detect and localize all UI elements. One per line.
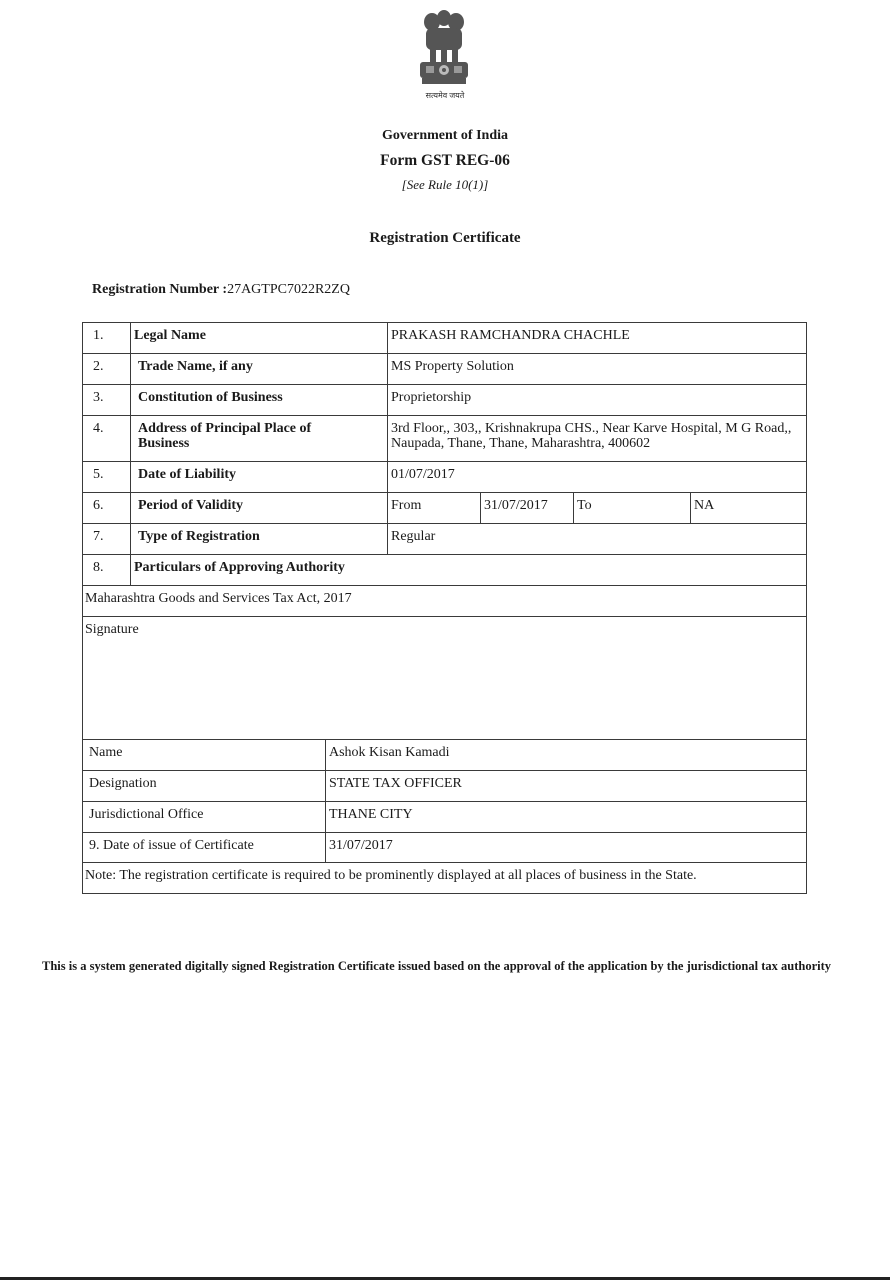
rule-reference: [See Rule 10(1)] [0,177,890,193]
validity-from-label: From [387,493,480,523]
note-row: Note: The registration certificate is re… [83,863,806,893]
authority-value: Ashok Kisan Kamadi [325,740,806,770]
authority-label: Name [83,740,325,770]
row-number: 6. [83,493,130,523]
row-value: MS Property Solution [387,354,806,384]
table-row: 1. Legal Name PRAKASH RAMCHANDRA CHACHLE [83,323,806,354]
signature-label: Signature [83,617,806,739]
table-row: 7. Type of Registration Regular [83,524,806,555]
authority-label: Jurisdictional Office [83,802,325,832]
emblem-motto: सत्यमेव जयते [0,90,890,101]
table-row: 3. Constitution of Business Proprietorsh… [83,385,806,416]
act-row: Maharashtra Goods and Services Tax Act, … [83,586,806,617]
table-row: 8. Particulars of Approving Authority [83,555,806,586]
row-value: PRAKASH RAMCHANDRA CHACHLE [387,323,806,353]
row-value: 01/07/2017 [387,462,806,492]
row-number: 3. [83,385,130,415]
registration-number-label: Registration Number : [92,282,227,297]
table-row: 4. Address of Principal Place of Busines… [83,416,806,462]
table-row: Name Ashok Kisan Kamadi [83,740,806,771]
row-number: 8. [83,555,130,585]
authority-value: THANE CITY [325,802,806,832]
row-label: Trade Name, if any [130,354,387,384]
certificate-title: Registration Certificate [0,230,890,247]
row-label: Date of Liability [130,462,387,492]
display-note: Note: The registration certificate is re… [83,863,806,893]
table-row: Jurisdictional Office THANE CITY [83,802,806,833]
row-label: Particulars of Approving Authority [130,555,806,585]
row-label: Constitution of Business [130,385,387,415]
row-number: 5. [83,462,130,492]
validity-to-value: NA [690,493,806,523]
table-row: 6. Period of Validity From 31/07/2017 To… [83,493,806,524]
authority-value: STATE TAX OFFICER [325,771,806,801]
system-generated-disclaimer: This is a system generated digitally sig… [42,956,852,977]
details-table: 1. Legal Name PRAKASH RAMCHANDRA CHACHLE… [82,322,807,894]
row-number: 2. [83,354,130,384]
row-label: Type of Registration [130,524,387,554]
row-value: 3rd Floor,, 303,, Krishnakrupa CHS., Nea… [387,416,806,461]
row-label: Period of Validity [130,493,387,523]
signature-row: Signature [83,617,806,740]
national-emblem-icon [412,6,476,88]
row-value: Proprietorship [387,385,806,415]
act-name: Maharashtra Goods and Services Tax Act, … [83,586,806,616]
authority-label: 9. Date of issue of Certificate [83,833,325,862]
table-row: 9. Date of issue of Certificate 31/07/20… [83,833,806,863]
validity-to-label: To [573,493,690,523]
table-row: Designation STATE TAX OFFICER [83,771,806,802]
registration-number-line: Registration Number :27AGTPC7022R2ZQ [92,282,350,298]
table-row: 5. Date of Liability 01/07/2017 [83,462,806,493]
row-number: 4. [83,416,130,461]
row-number: 1. [83,323,130,353]
validity-from-value: 31/07/2017 [480,493,573,523]
row-value: Regular [387,524,806,554]
form-title: Form GST REG-06 [0,152,890,170]
government-heading: Government of India [0,128,890,144]
row-number: 7. [83,524,130,554]
row-label: Legal Name [130,323,387,353]
authority-value: 31/07/2017 [325,833,806,862]
registration-number-value: 27AGTPC7022R2ZQ [227,282,350,297]
table-row: 2. Trade Name, if any MS Property Soluti… [83,354,806,385]
row-label: Address of Principal Place of Business [130,416,387,461]
authority-label: Designation [83,771,325,801]
